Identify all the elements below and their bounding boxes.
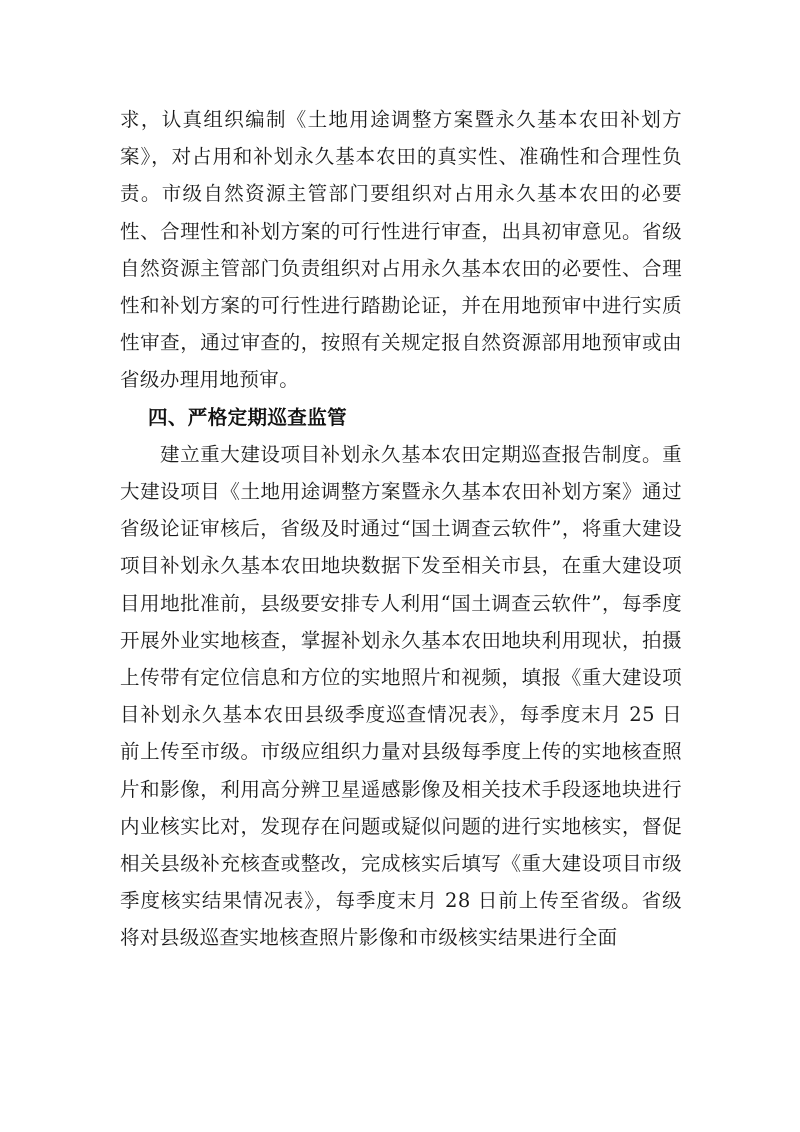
document-page: 求，认真组织编制《土地用途调整方案暨永久基本农田补划方案》，对占用和补划永久基本…	[0, 0, 800, 1132]
section-heading-four: 四、严格定期巡查监管	[120, 399, 682, 436]
paragraph-review-requirements: 求，认真组织编制《土地用途调整方案暨永久基本农田补划方案》，对占用和补划永久基本…	[120, 101, 682, 399]
paragraph-patrol-supervision: 建立重大建设项目补划永久基本农田定期巡查报告制度。重大建设项目《土地用途调整方案…	[120, 436, 682, 957]
document-body: 求，认真组织编制《土地用途调整方案暨永久基本农田补划方案》，对占用和补划永久基本…	[120, 101, 682, 957]
